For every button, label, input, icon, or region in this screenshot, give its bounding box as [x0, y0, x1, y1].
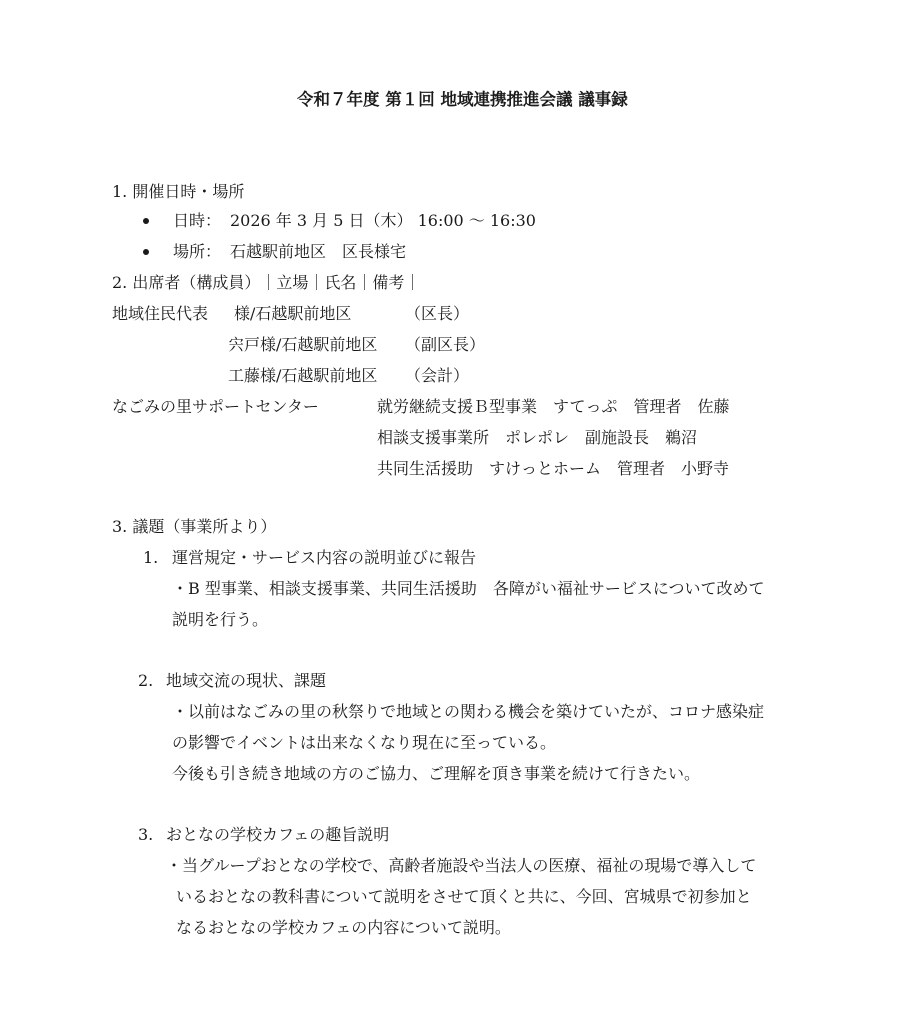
attendee-role: （副区長） [405, 334, 485, 356]
attendee-role: （会計） [405, 365, 469, 387]
attendee-name: 様/石越駅前地区 [234, 303, 351, 325]
attendee-member: 共同生活援助 すけっとホーム 管理者 小野寺 [377, 458, 729, 480]
attendee-name: 宍戸様/石越駅前地区 [228, 334, 377, 356]
attendee-org: なごみの里サポートセンター [112, 396, 319, 418]
agenda-item-title: おとなの学校カフェの趣旨説明 [166, 824, 389, 846]
section-2-heading: 2. 出席者（構成員）｜立場｜氏名｜備考｜ [112, 272, 420, 294]
agenda-item-title: 地域交流の現状、課題 [166, 670, 326, 692]
bullet-icon [143, 249, 149, 255]
document-title: 令和７年度 第１回 地域連携推進会議 議事録 [297, 89, 628, 111]
place-value: 石越駅前地区 区長様宅 [230, 241, 406, 263]
agenda-item-number: 3. [138, 824, 153, 846]
attendee-member: 就労継続支援Ｂ型事業 すてっぷ 管理者 佐藤 [377, 396, 729, 418]
datetime-label: 日時： [173, 210, 221, 232]
agenda-item-body: ・以前はなごみの里の秋祭りで地域との関わる機会を築けていたが、コロナ感染症 [172, 701, 764, 723]
agenda-item-body: なるおとなの学校カフェの内容について説明。 [176, 917, 511, 939]
agenda-item-body: 説明を行う。 [172, 609, 268, 631]
agenda-item-title: 運営規定・サービス内容の説明並びに報告 [172, 547, 476, 569]
agenda-item-body: ・B 型事業、相談支援事業、共同生活援助 各障がい福祉サービスについて改めて [172, 578, 765, 600]
section-3-heading: 3. 議題（事業所より） [112, 516, 276, 538]
agenda-item-number: 1. [143, 547, 158, 569]
place-label: 場所： [173, 241, 221, 263]
datetime-value: 2026 年 3 月 5 日（木） 16:00 〜 16:30 [230, 210, 536, 232]
attendee-name: 工藤様/石越駅前地区 [228, 365, 377, 387]
document-page: 令和７年度 第１回 地域連携推進会議 議事録 1. 開催日時・場所 日時： 20… [0, 0, 923, 1024]
agenda-item-body: 今後も引き続き地域の方のご協力、ご理解を頂き事業を続けて行きたい。 [172, 763, 700, 785]
agenda-item-number: 2. [138, 670, 153, 692]
agenda-item-body: ・当グループおとなの学校で、高齢者施設や当法人の医療、福祉の現場で導入して [166, 855, 756, 877]
attendee-member: 相談支援事業所 ポレポレ 副施設長 鵜沼 [377, 427, 697, 449]
agenda-item-body: の影響でイベントは出来なくなり現在に至っている。 [172, 732, 556, 754]
attendee-role: （区長） [405, 303, 469, 325]
bullet-icon [143, 218, 149, 224]
attendee-org: 地域住民代表 [112, 303, 208, 325]
section-1-heading: 1. 開催日時・場所 [112, 181, 244, 203]
agenda-item-body: いるおとなの教科書について説明をさせて頂くと共に、今回、宮城県で初参加と [176, 886, 752, 908]
